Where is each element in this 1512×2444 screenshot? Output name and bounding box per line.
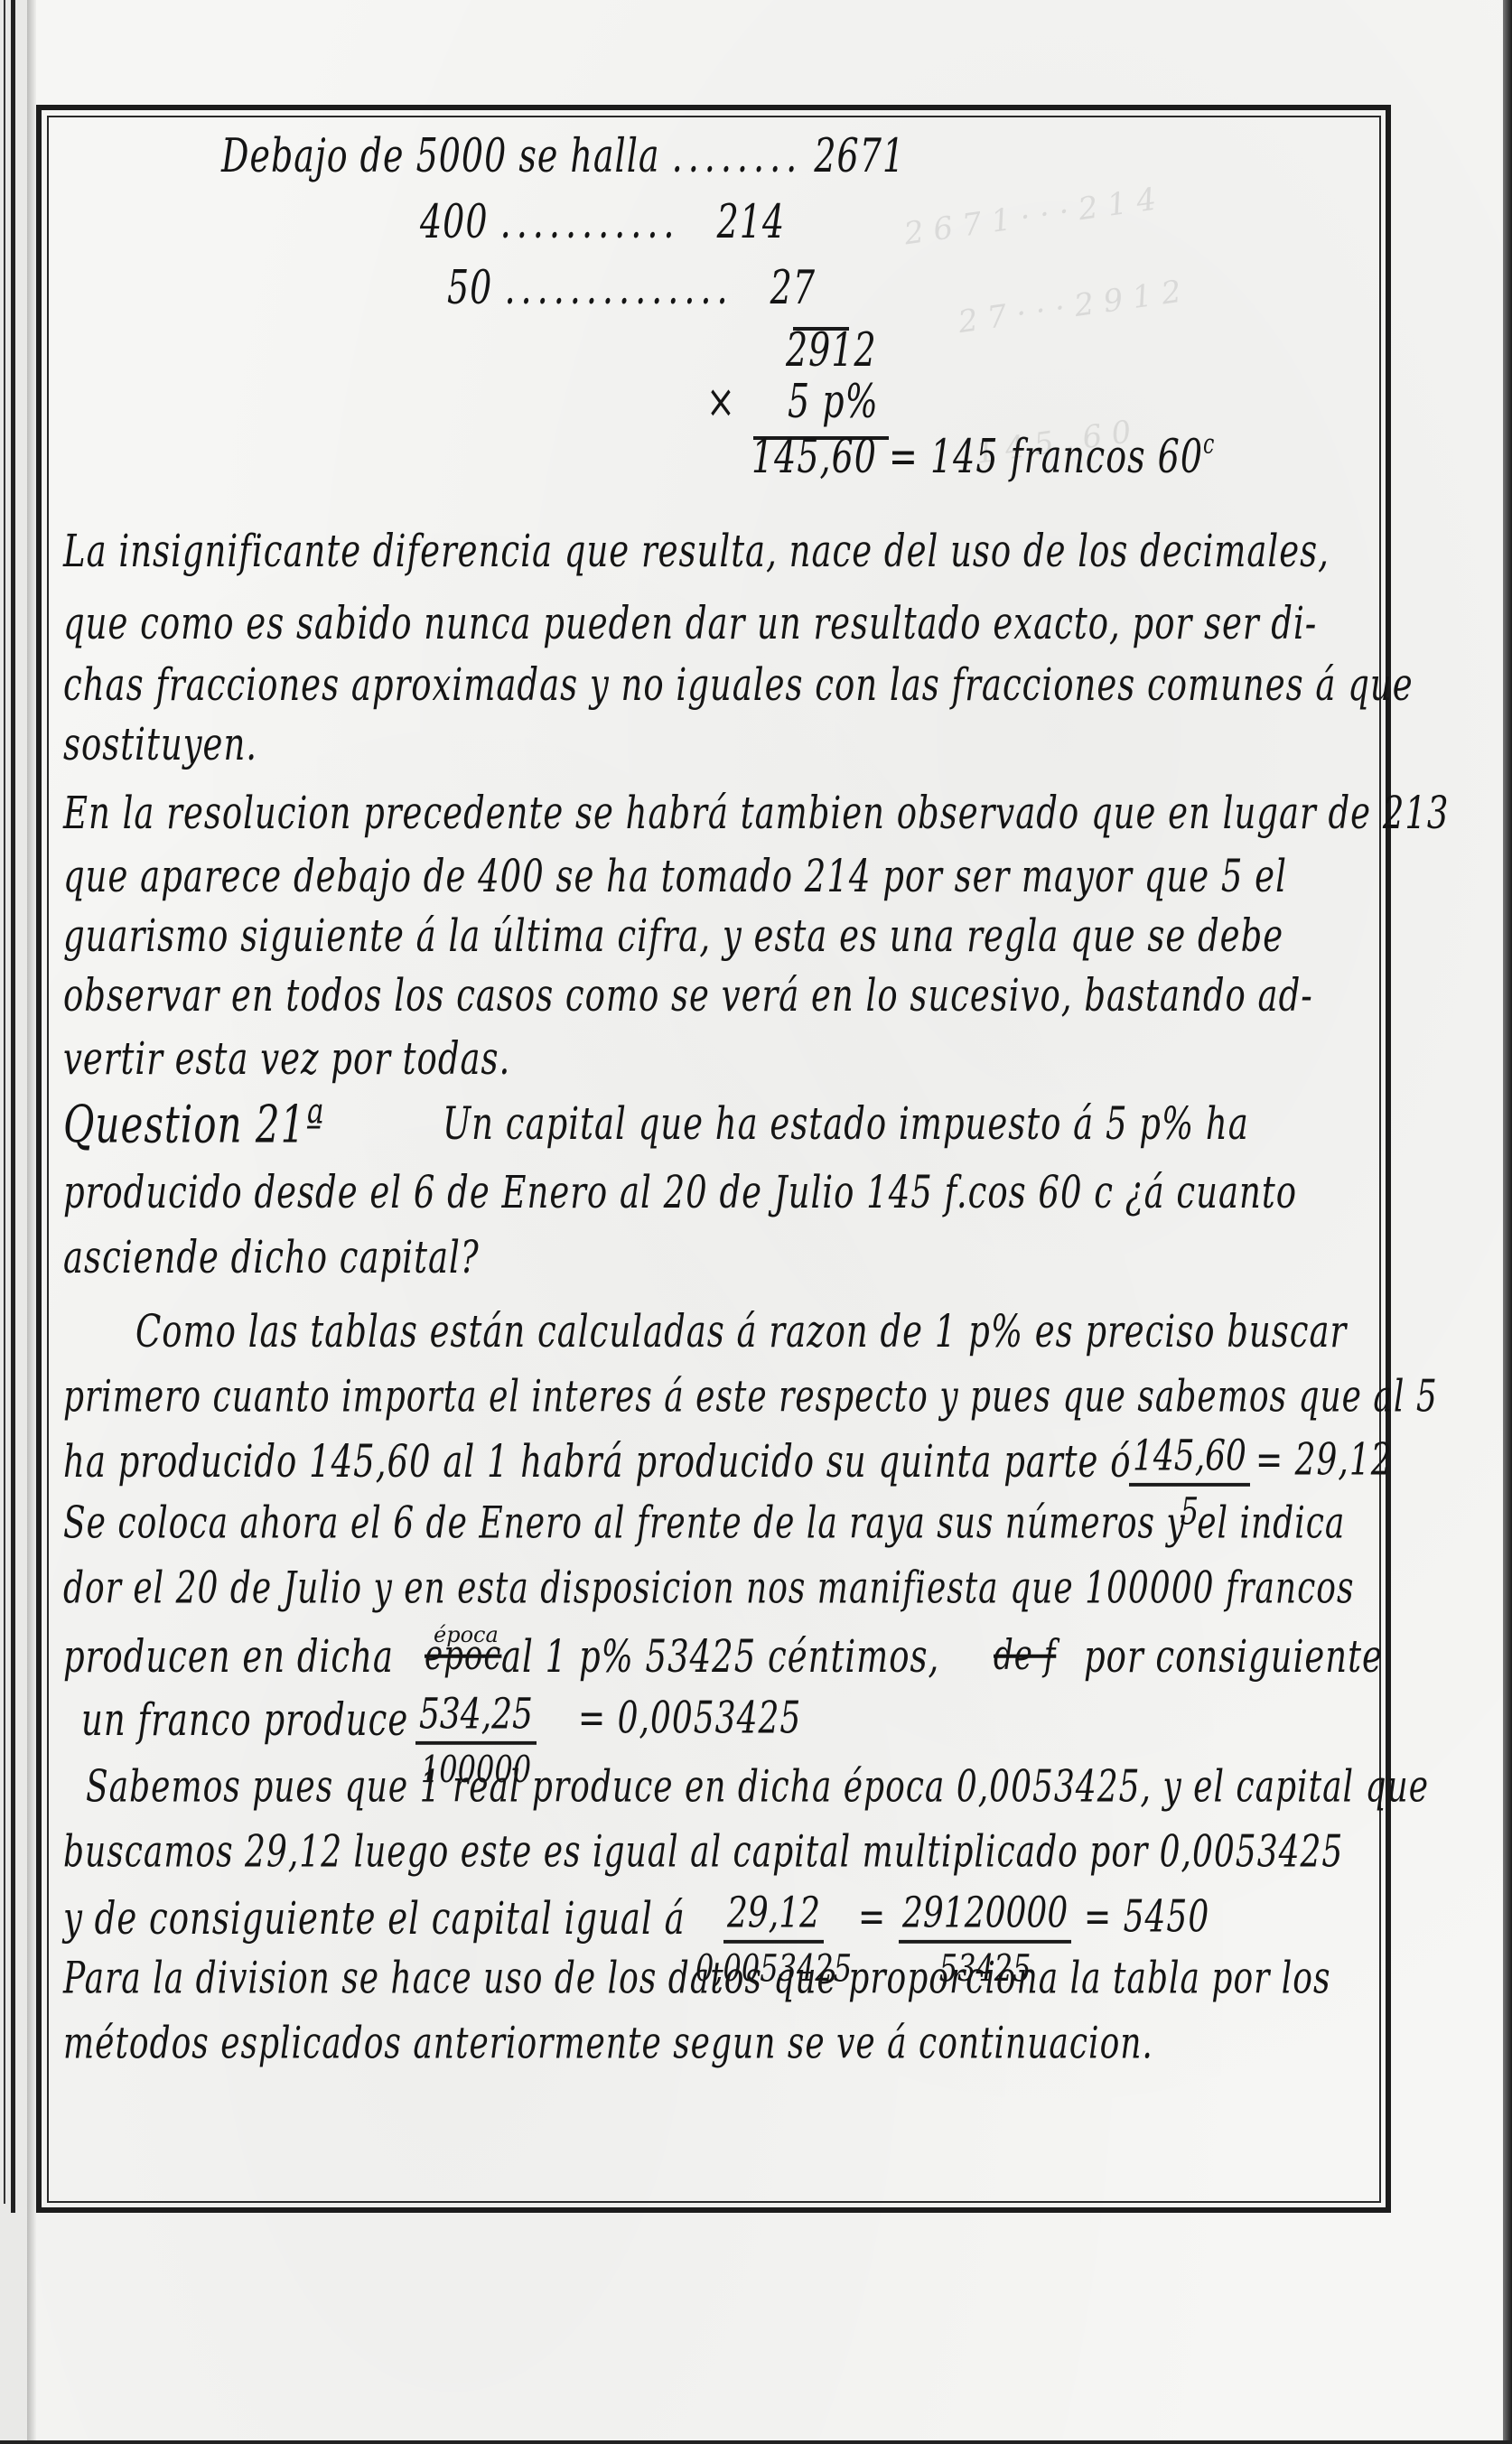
fraction-numerator: 29120000 (899, 1889, 1071, 1944)
adjacent-page-inner-border (4, 0, 5, 2204)
solution-line-7: al 1 p% 53425 céntimos, (501, 1634, 939, 1679)
calc-row-label: 50 (447, 261, 492, 314)
solution-line-14: métodos esplicados anteriormente segun s… (63, 2022, 1153, 2066)
solution-line-3: ha producido 145,60 al 1 habrá producido… (63, 1439, 1131, 1484)
solution-line-11: buscamos 29,12 luego este es igual al ca… (63, 1831, 1343, 1875)
equals-sign: = (858, 1896, 886, 1940)
solution-line-12: y de consiguiente el capital igual á (63, 1896, 686, 1941)
unit-yield-result: = 0,0053425 (578, 1697, 801, 1741)
binding-gutter (27, 0, 36, 2444)
solution-line-2: primero cuanto importa el interes á este… (63, 1376, 1438, 1420)
paragraph-2-line-4: observar en todos los casos como se verá… (63, 973, 1313, 1018)
fraction-numerator: 29,12 (723, 1889, 824, 1944)
paragraph-2-line-5: vertir esta vez por todas. (63, 1036, 510, 1081)
calc-row-2: 400 ........... 214 (420, 199, 785, 245)
calc-row-leader: .............. (504, 261, 733, 314)
solution-line-4: Se coloca ahora el 6 de Enero al frente … (63, 1502, 1345, 1546)
calc-row-leader: ........ (672, 129, 803, 182)
adjacent-page-outer-border (11, 0, 15, 2213)
calc-result-text: 145,60 = 145 francos 60 (751, 430, 1203, 483)
struck-word-2: de f (994, 1635, 1056, 1676)
calc-row-value: 2671 (814, 129, 905, 182)
fifth-part-result: = 29,12 (1255, 1439, 1393, 1483)
solution-line-13: Para la division se hace uso de los dato… (63, 1957, 1330, 2001)
calc-multiplier: 5 p% (788, 378, 879, 424)
solution-line-10: Sabemos pues que 1 real produce en dicha… (86, 1766, 1429, 1810)
paragraph-2-line-3: guarismo siguiente á la última cifra, y … (63, 913, 1283, 958)
paragraph-1-line-2: que como es sabido nunca pueden dar un r… (63, 601, 1317, 646)
calc-row-label: Debajo de 5000 se halla (221, 129, 660, 182)
paragraph-1-line-1: La insignificante diferencia que resulta… (63, 528, 1330, 574)
paragraph-2-line-1: En la resolucion precedente se habrá tam… (63, 790, 1449, 835)
calc-row-value: 214 (717, 195, 786, 248)
calc-row-leader: ........... (500, 195, 680, 248)
calc-row-label: 400 (420, 195, 489, 248)
calc-sum: 2912 (786, 327, 877, 373)
solution-line-6: producen en dicha (63, 1634, 394, 1679)
struck-word: epoc (425, 1635, 501, 1676)
fraction-numerator: 145,60 (1129, 1432, 1250, 1487)
page-right-edge (1503, 0, 1512, 2444)
solution-line-5: dor el 20 de Julio y en esta disposicion… (63, 1567, 1354, 1611)
solution-line-8: por consiguiente (1084, 1634, 1383, 1679)
paragraph-1-line-4: sostituyen. (63, 722, 257, 767)
adjacent-page-edge (0, 0, 31, 2444)
question-heading: Question 21ª (63, 1099, 324, 1151)
paragraph-2-line-2: que aparece debajo de 400 se ha tomado 2… (63, 854, 1287, 899)
page-bottom-edge (0, 2440, 1512, 2444)
question-line-2: producido desde el 6 de Enero al 20 de J… (63, 1170, 1297, 1215)
multiply-sign: × (706, 378, 736, 424)
calc-result-suffix: c (1203, 430, 1215, 461)
paragraph-1-line-3: chas fracciones aproximadas y no iguales… (63, 662, 1414, 707)
calc-row-1: Debajo de 5000 se halla ........ 2671 (221, 133, 905, 179)
solution-line-9: un franco produce (81, 1697, 408, 1742)
fraction-numerator: 534,25 (415, 1691, 537, 1745)
question-line-1: Un capital que ha estado impuesto á 5 p%… (443, 1101, 1249, 1146)
calc-row-3: 50 .............. 27 (447, 265, 816, 311)
solution-line-1: Como las tablas están calculadas á razon… (135, 1309, 1347, 1354)
question-line-3: asciende dicho capital? (63, 1235, 480, 1280)
capital-result: = 5450 (1084, 1896, 1209, 1940)
calc-row-value: 27 (770, 261, 816, 314)
calc-result: 145,60 = 145 francos 60c (751, 432, 1215, 480)
